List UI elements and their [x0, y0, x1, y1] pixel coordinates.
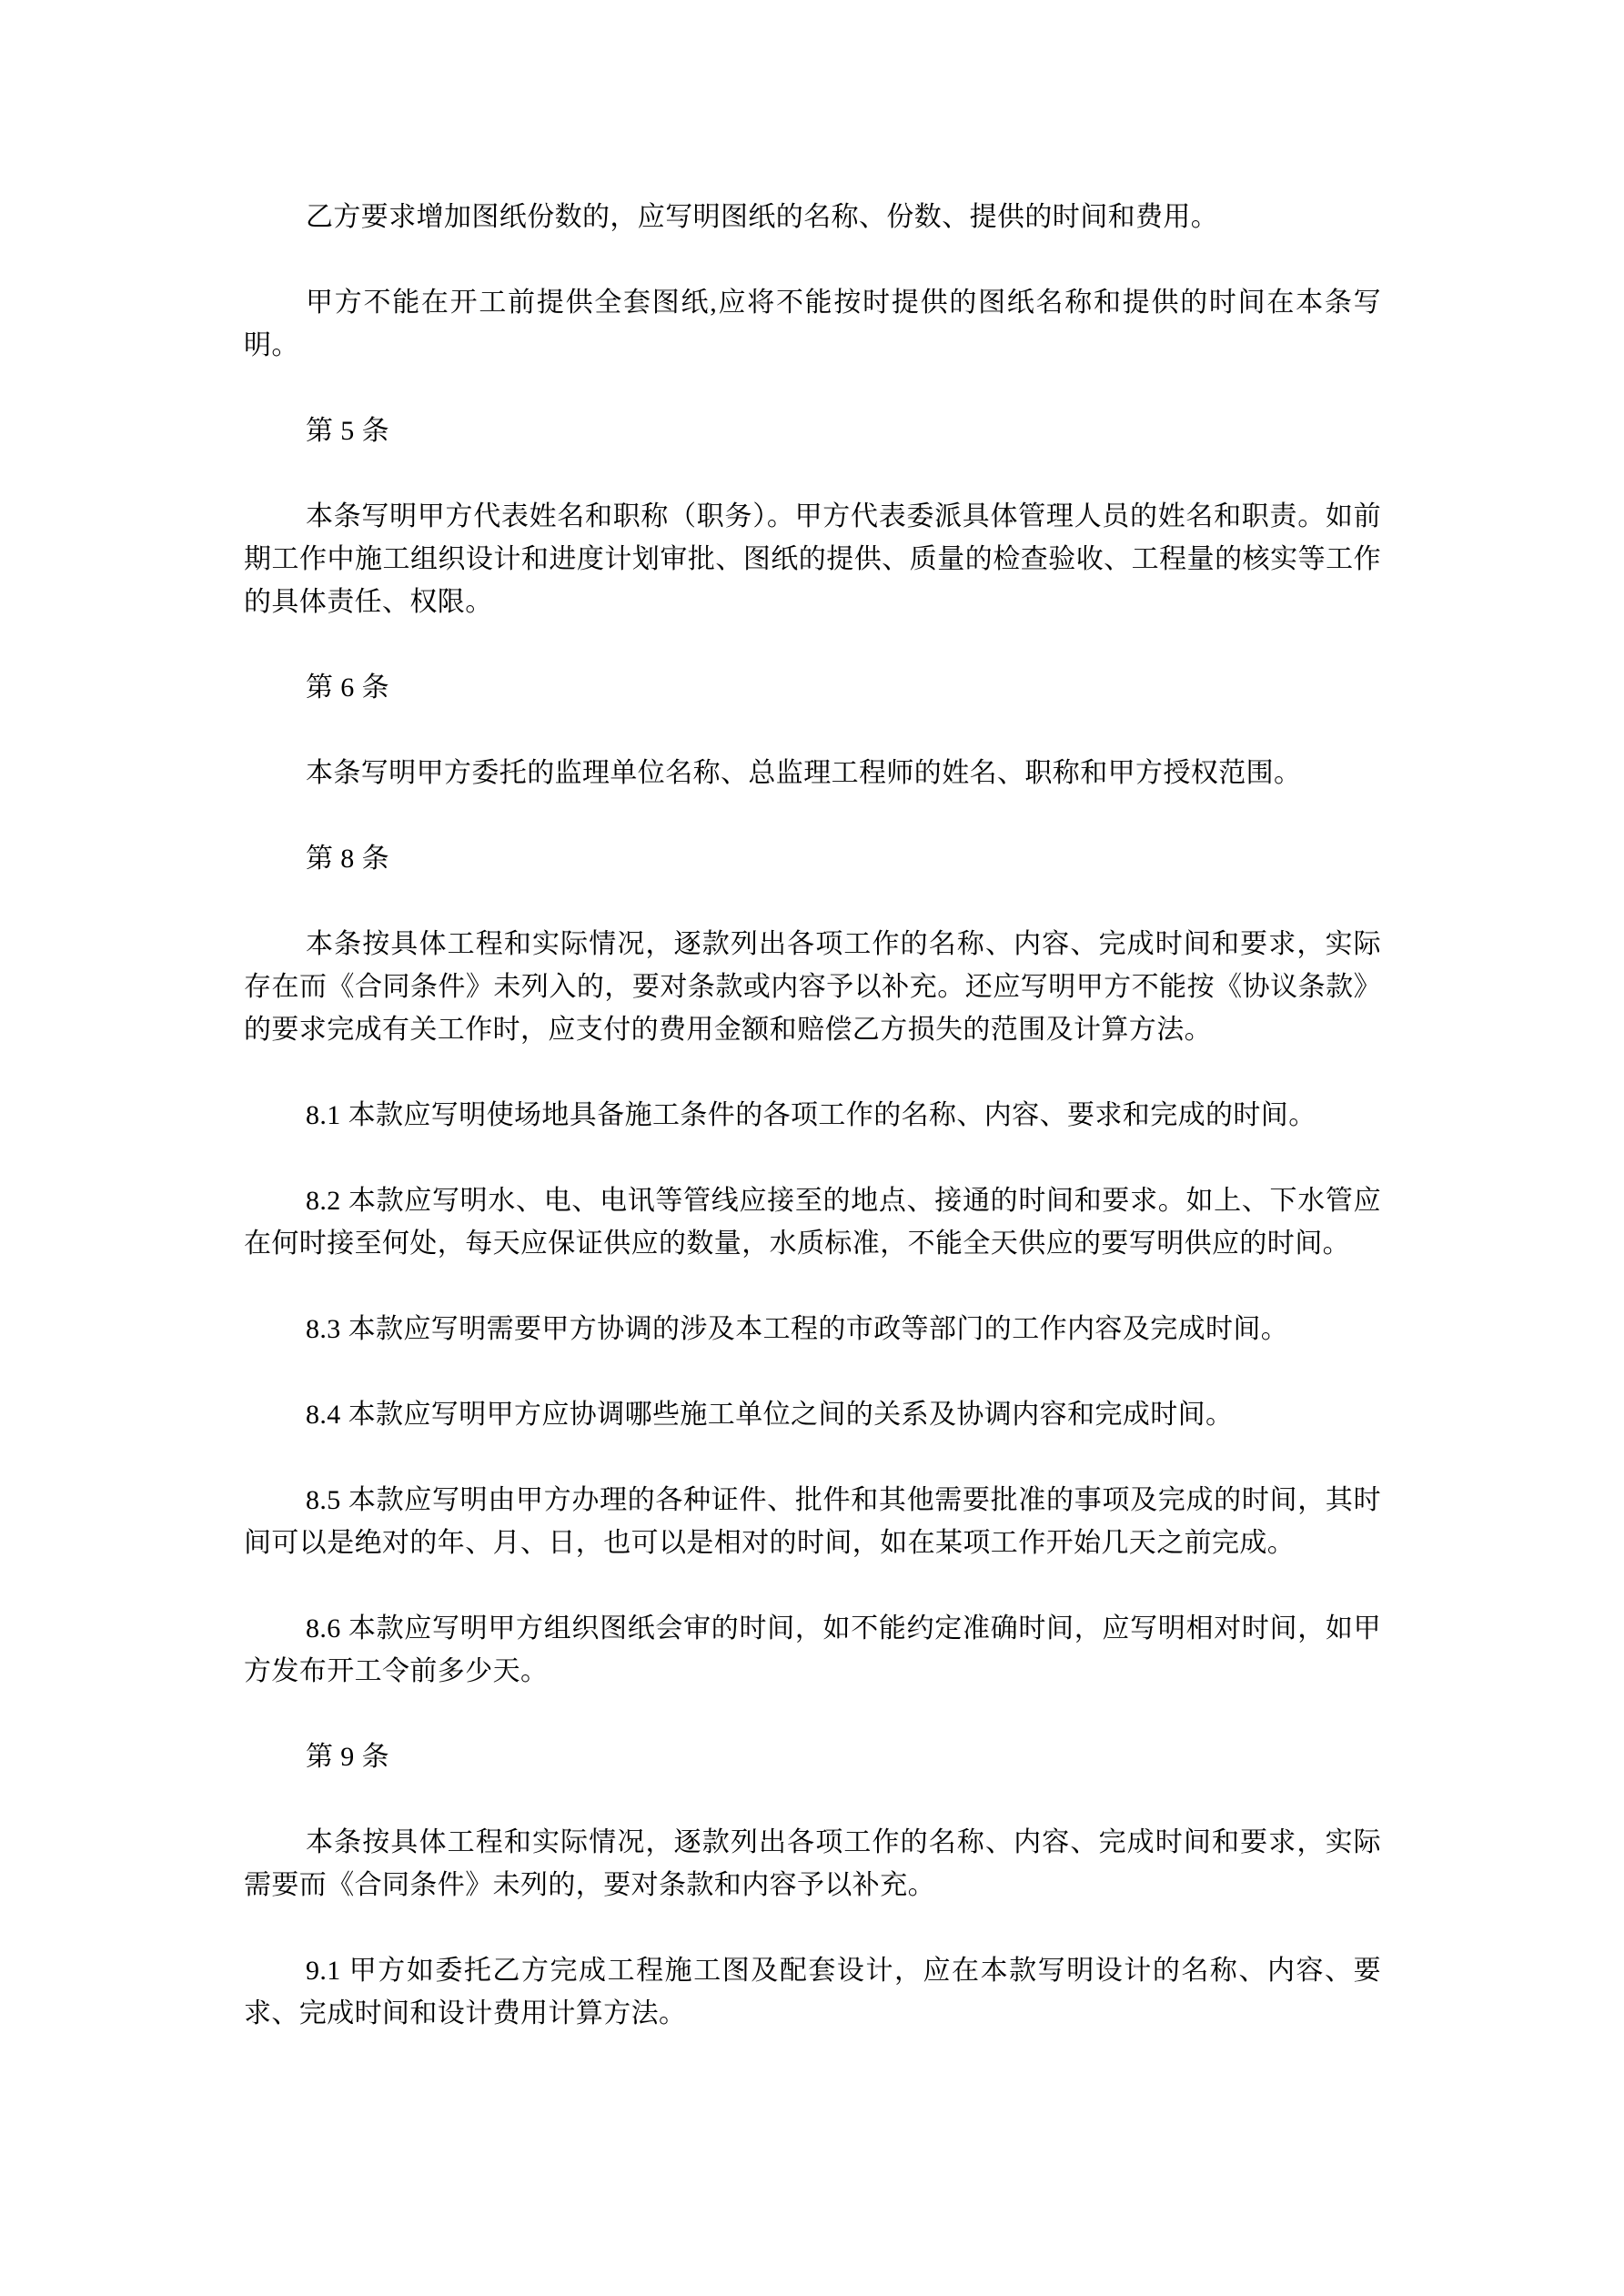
paragraph: 本条写明甲方代表姓名和职称（职务）。甲方代表委派具体管理人员的姓名和职责。如前期…: [244, 495, 1381, 623]
paragraph: 本条写明甲方委托的监理单位名称、总监理工程师的姓名、职称和甲方授权范围。: [244, 752, 1381, 794]
paragraph: 8.6 本款应写明甲方组织图纸会审的时间，如不能约定准确时间，应写明相对时间，如…: [244, 1607, 1381, 1693]
paragraph: 本条按具体工程和实际情况，逐款列出各项工作的名称、内容、完成时间和要求，实际存在…: [244, 923, 1381, 1051]
paragraph: 乙方要求增加图纸份数的，应写明图纸的名称、份数、提供的时间和费用。: [244, 196, 1381, 238]
clause-heading: 第 9 条: [244, 1735, 1381, 1778]
paragraph: 甲方不能在开工前提供全套图纸,应将不能按时提供的图纸名称和提供的时间在本条写明。: [244, 281, 1381, 367]
document-body: 乙方要求增加图纸份数的，应写明图纸的名称、份数、提供的时间和费用。甲方不能在开工…: [244, 196, 1381, 2035]
clause-heading: 第 5 条: [244, 410, 1381, 452]
clause-heading: 第 8 条: [244, 837, 1381, 880]
paragraph: 8.3 本款应写明需要甲方协调的涉及本工程的市政等部门的工作内容及完成时间。: [244, 1308, 1381, 1350]
clause-heading: 第 6 条: [244, 666, 1381, 709]
paragraph: 8.5 本款应写明由甲方办理的各种证件、批件和其他需要批准的事项及完成的时间，其…: [244, 1479, 1381, 1564]
paragraph: 8.1 本款应写明使场地具备施工条件的各项工作的名称、内容、要求和完成的时间。: [244, 1094, 1381, 1137]
paragraph: 9.1 甲方如委托乙方完成工程施工图及配套设计，应在本款写明设计的名称、内容、要…: [244, 1949, 1381, 2035]
paragraph: 8.2 本款应写明水、电、电讯等管线应接至的地点、接通的时间和要求。如上、下水管…: [244, 1179, 1381, 1265]
document-page: 乙方要求增加图纸份数的，应写明图纸的名称、份数、提供的时间和费用。甲方不能在开工…: [0, 0, 1624, 2296]
paragraph: 8.4 本款应写明甲方应协调哪些施工单位之间的关系及协调内容和完成时间。: [244, 1393, 1381, 1436]
paragraph: 本条按具体工程和实际情况，逐款列出各项工作的名称、内容、完成时间和要求，实际需要…: [244, 1821, 1381, 1907]
